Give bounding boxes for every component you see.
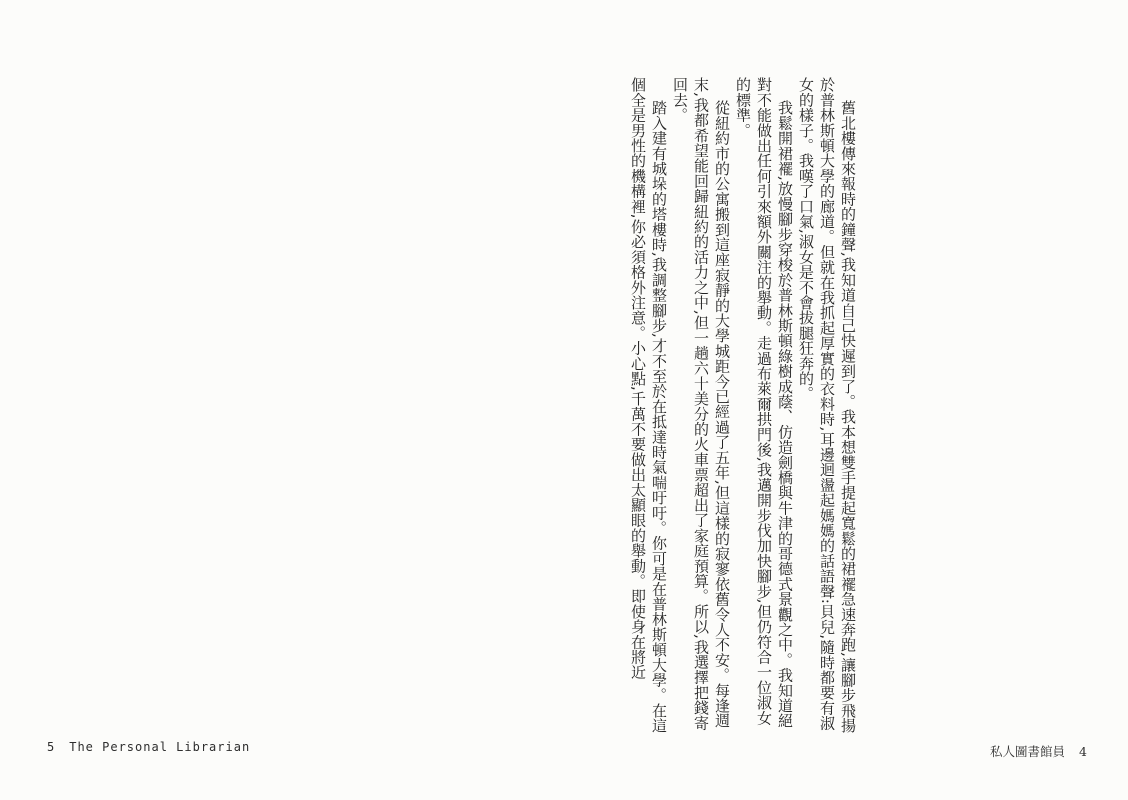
body-text-segment: 踏入建有城垛的塔樓時,我調整腳步,才不至於在抵達時氣喘吁吁。: [650, 100, 668, 536]
body-text-segment: 我鬆開裙襬,放慢腳步穿梭於普林斯頓綠樹成蔭、仿造劍橋與牛津的哥德式景觀之中。我知…: [734, 77, 794, 728]
book-title-english: The Personal Librarian: [69, 740, 250, 754]
paragraph: 從紐約市的公寓搬到這座寂靜的大學城距今已經過了五年,但這樣的寂寥依舊令人不安。每…: [669, 77, 732, 738]
body-text-segment: 從紐約市的公寓搬到這座寂靜的大學城距今已經過了五年,但這樣的寂寥依舊令人不安。每…: [671, 77, 731, 730]
book-title-chinese: 私人圖書館員: [990, 744, 1065, 759]
body-text-segment: 即使身在將近: [629, 589, 647, 680]
book-spread: 六十英里之外,媽媽依舊悄悄潛入了我的思緒。 慢慢推開厚重的橡木門,盡量降低吱吱作…: [0, 0, 1128, 800]
body-text-segment: 我嘆了口氣,: [797, 153, 815, 234]
right-page: 1 一九〇五年十一月二十八日 紐澤西州,普林斯頓市 舊北樓傳來報時的鐘聲,我知道…: [564, 0, 1128, 800]
left-page-footer: 5The Personal Librarian: [47, 740, 250, 754]
paragraph: 舊北樓傳來報時的鐘聲,我知道自己快遲到了。我本想雙手提起寬鬆的裙襬急速奔跑,讓腳…: [795, 77, 858, 738]
paragraph: 我鬆開裙襬,放慢腳步穿梭於普林斯頓綠樹成蔭、仿造劍橋與牛津的哥德式景觀之中。我知…: [732, 77, 795, 738]
page-number: 5: [47, 740, 55, 754]
page-number: 4: [1079, 744, 1087, 759]
left-page: 六十英里之外,媽媽依舊悄悄潛入了我的思緒。 慢慢推開厚重的橡木門,盡量降低吱吱作…: [0, 0, 564, 800]
right-page-body-text: 舊北樓傳來報時的鐘聲,我知道自己快遲到了。我本想雙手提起寬鬆的裙襬急速奔跑,讓腳…: [627, 77, 858, 738]
paragraph: 踏入建有城垛的塔樓時,我調整腳步,才不至於在抵達時氣喘吁吁。你可是在普林斯頓大學…: [627, 77, 669, 738]
right-page-footer: 私人圖書館員4: [990, 742, 1087, 760]
emphasis-text-segment: 淑女是不會拔腿狂奔的。: [797, 234, 815, 401]
